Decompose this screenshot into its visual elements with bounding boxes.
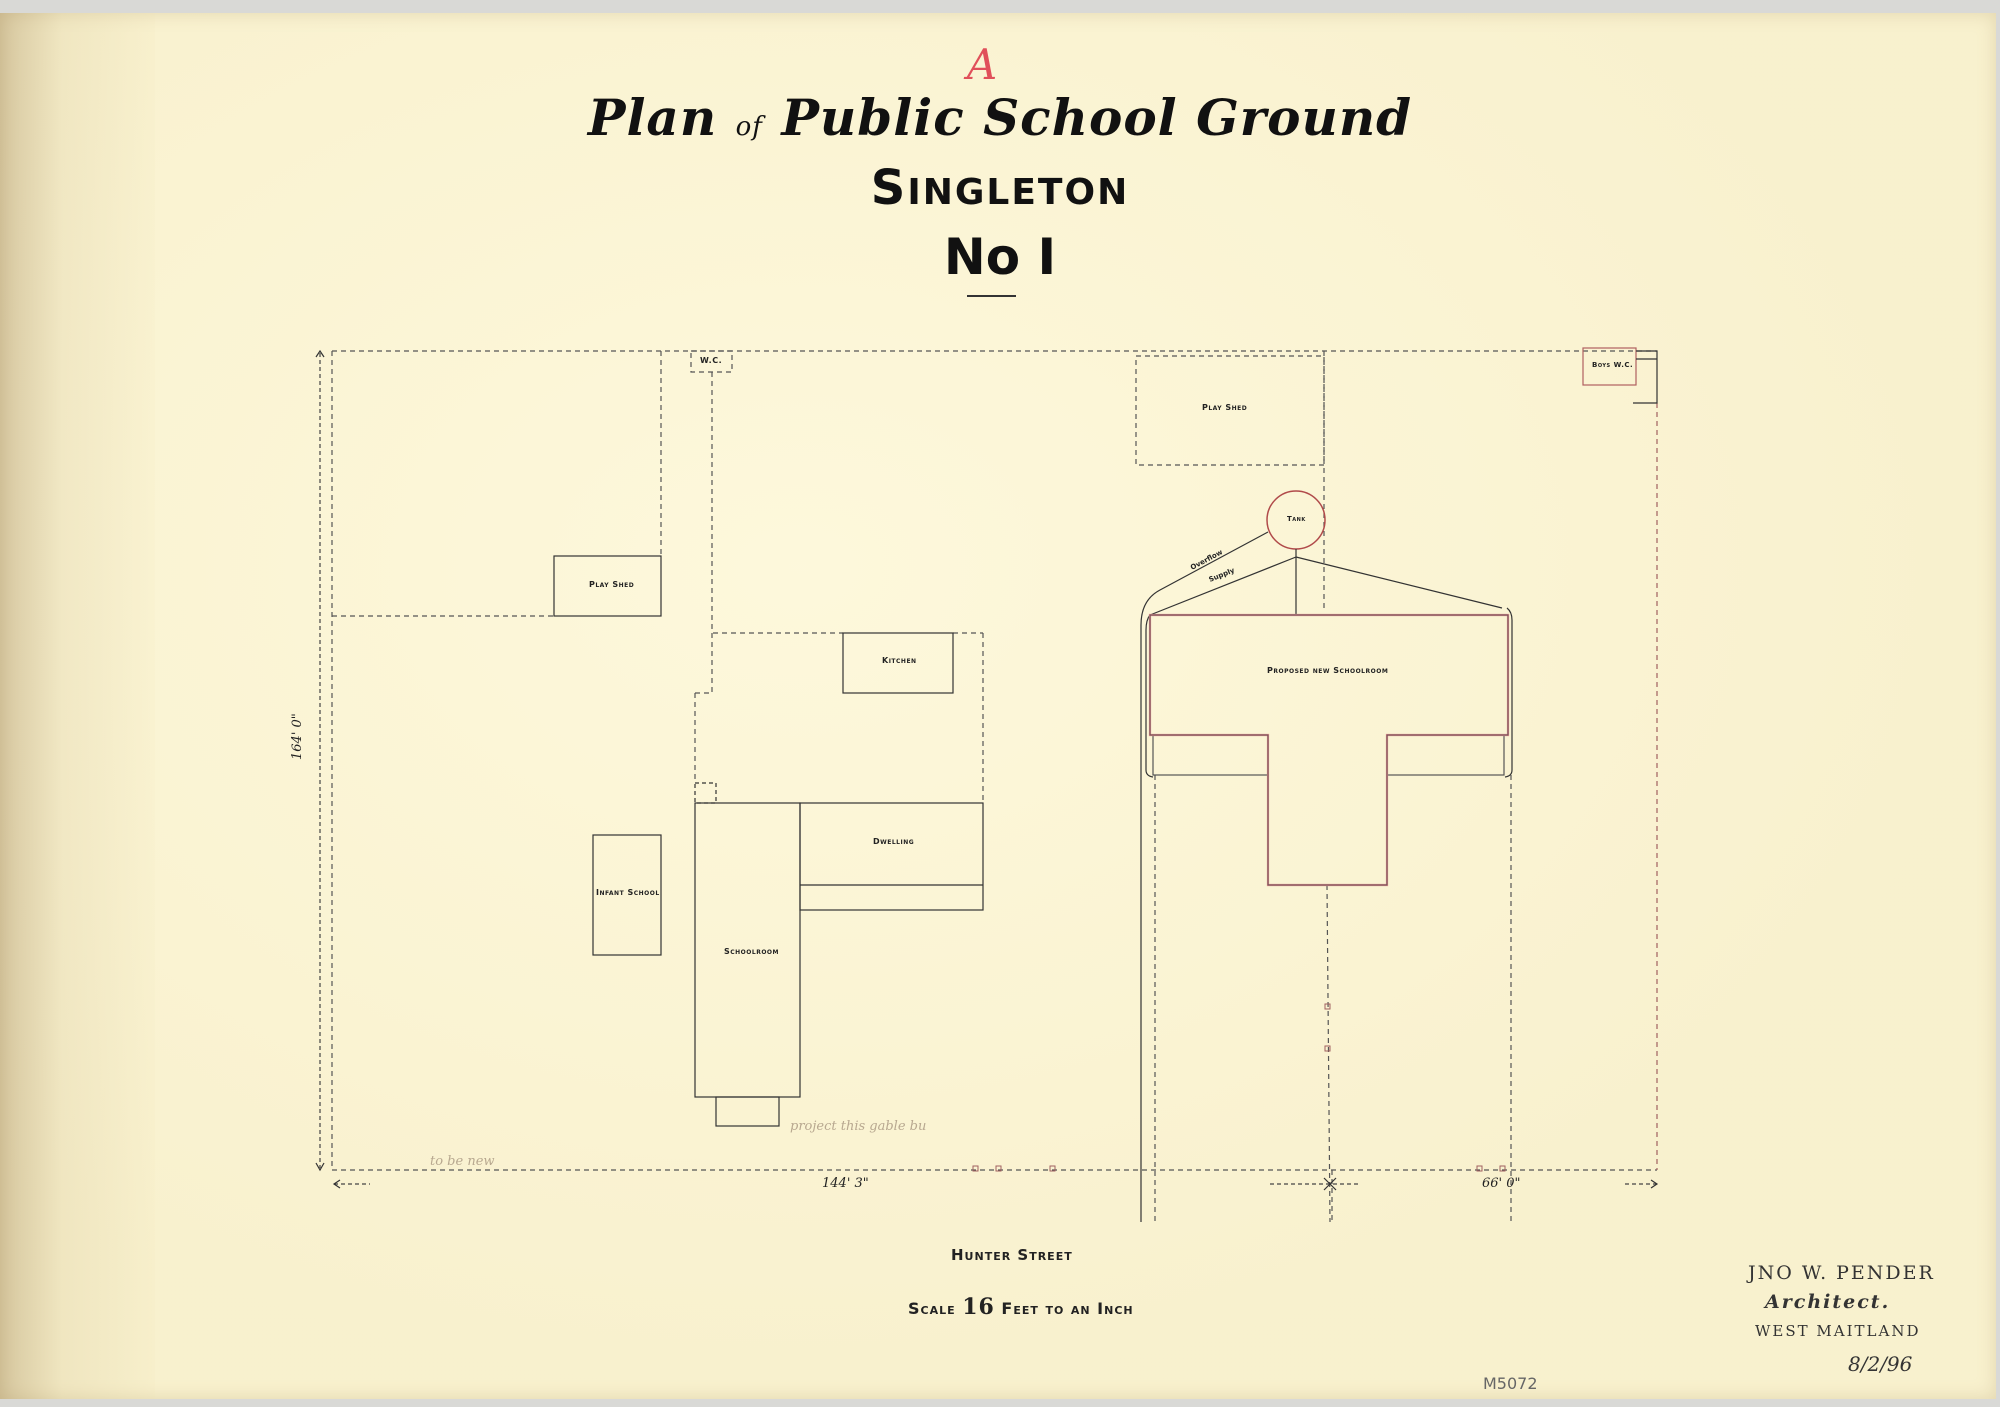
scale-value: 16 [962,1294,995,1320]
frontage-right-dimension: 66' 0" [1482,1176,1521,1191]
dwelling-label: Dwelling [873,837,914,846]
proposed-schoolroom-outline [1150,615,1508,885]
pencil-note-1: to be new [430,1154,495,1169]
tank-label: Tank [1287,515,1306,523]
tank-and-pipes [1141,491,1512,1222]
play-shed-left-label: Play Shed [589,580,634,589]
proposed-schoolroom-label: Proposed new Schoolroom [1267,666,1388,675]
schoolroom-porch [716,1097,779,1126]
frontage-left-dimension: 144' 3" [822,1176,869,1191]
supply-label: Supply [1208,566,1236,584]
scale-note: Scale 16 Feet to an Inch [908,1294,1134,1320]
architect-title: Architect. [1765,1291,1890,1313]
architect-location: WEST MAITLAND [1755,1322,1920,1340]
wc-left-label: W.C. [700,356,722,365]
scale-prefix: Scale [908,1299,956,1318]
drawing-date: 8/2/96 [1848,1352,1912,1376]
infant-school-label: Infant School [596,888,660,897]
street-name: Hunter Street [951,1246,1073,1264]
dimension-lines [320,353,1657,1184]
dwelling-box [800,803,983,910]
site-plan-drawing: to be new project this gable bu Overflow… [0,0,2000,1407]
overflow-label: Overflow [1189,548,1224,572]
play-shed-right-label: Play Shed [1202,403,1247,412]
existing-buildings [554,348,1657,1126]
pencil-note-2: project this gable bu [790,1119,926,1134]
kitchen-label: Kitchen [882,656,917,665]
catalogue-reference: M5072 [1483,1374,1538,1393]
depth-dimension: 164' 0" [290,713,305,760]
plot-boundary [332,351,1657,1222]
boys-wc-label: Boys W.C. [1592,361,1633,369]
schoolroom-label: Schoolroom [724,947,779,956]
architect-name: JNO W. PENDER [1748,1262,1935,1284]
scale-suffix: Feet to an Inch [1001,1299,1133,1318]
